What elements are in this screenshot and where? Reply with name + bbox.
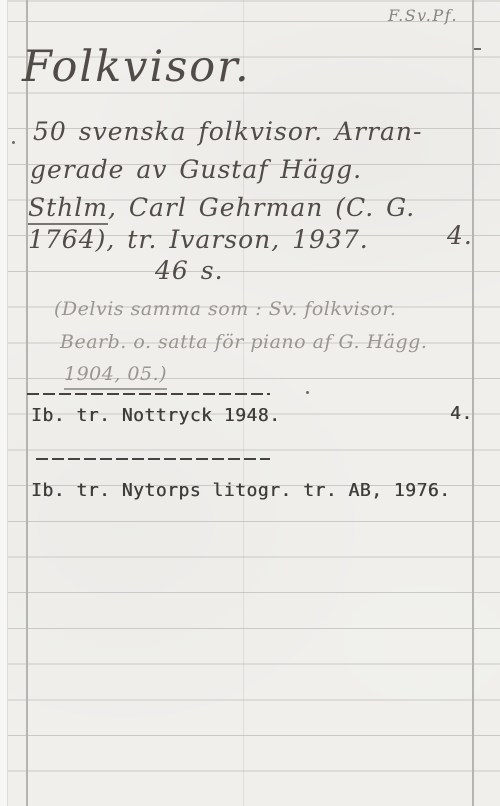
right-edge-mark	[474, 48, 481, 50]
pencil-note-years: 1904, 05.)	[64, 363, 167, 390]
pencil-note-line-1: (Delvis samma som : Sv. folkvisor.	[54, 298, 396, 320]
left-margin-rule	[26, 0, 28, 806]
entry-line-3: Sthlm, Carl Gehrman (C. G.	[28, 193, 415, 222]
shelf-number-handwritten: 4.	[447, 221, 473, 250]
typed-entry-1: Ib. tr. Nottryck 1948.	[31, 405, 280, 426]
separator-line-1	[27, 393, 270, 395]
shelf-number-typed: 4.	[450, 403, 473, 424]
entry-line-2: gerade av Gustaf Hägg.	[30, 155, 362, 184]
pencil-note-line-2: Bearb. o. satta för piano af G. Hägg.	[60, 331, 427, 353]
margin-dot	[12, 141, 15, 144]
pagination: 46 s.	[155, 256, 224, 285]
entry-line-4: 1764), tr. Ivarson, 1937.	[28, 225, 369, 254]
entry-place: Sthlm	[28, 193, 108, 225]
classification-mark: F.Sv.Pf.	[388, 6, 458, 25]
stray-dot	[306, 391, 309, 394]
entry-publisher: , Carl Gehrman (C. G.	[108, 193, 415, 222]
scan-edge	[0, 0, 8, 806]
typed-entry-2: Ib. tr. Nytorps litogr. tr. AB, 1976.	[31, 480, 450, 501]
card-heading: Folkvisor.	[22, 42, 251, 92]
pencil-note-line-3: 1904, 05.)	[64, 363, 167, 385]
catalog-card: F.Sv.Pf. Folkvisor. 50 svenska folkvisor…	[0, 0, 500, 806]
separator-line-2	[36, 458, 270, 460]
entry-line-1: 50 svenska folkvisor. Arran-	[33, 117, 422, 146]
